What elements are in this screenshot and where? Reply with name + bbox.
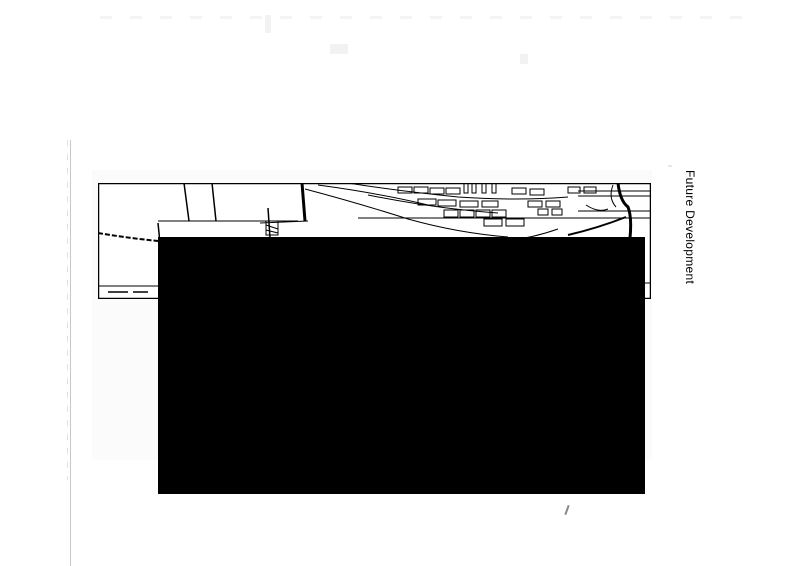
scan-bleed-mark xyxy=(265,15,271,33)
scan-mark xyxy=(668,165,672,167)
binding-margin-line xyxy=(70,140,71,566)
redaction-block xyxy=(158,237,645,494)
side-title: Future Development xyxy=(683,170,697,284)
scan-bleed-mark xyxy=(330,44,348,54)
scan-bleed-through xyxy=(100,16,750,19)
scan-stray-mark xyxy=(564,505,569,515)
binding-margin-dashes xyxy=(67,140,68,480)
scan-bleed-mark xyxy=(520,54,528,64)
